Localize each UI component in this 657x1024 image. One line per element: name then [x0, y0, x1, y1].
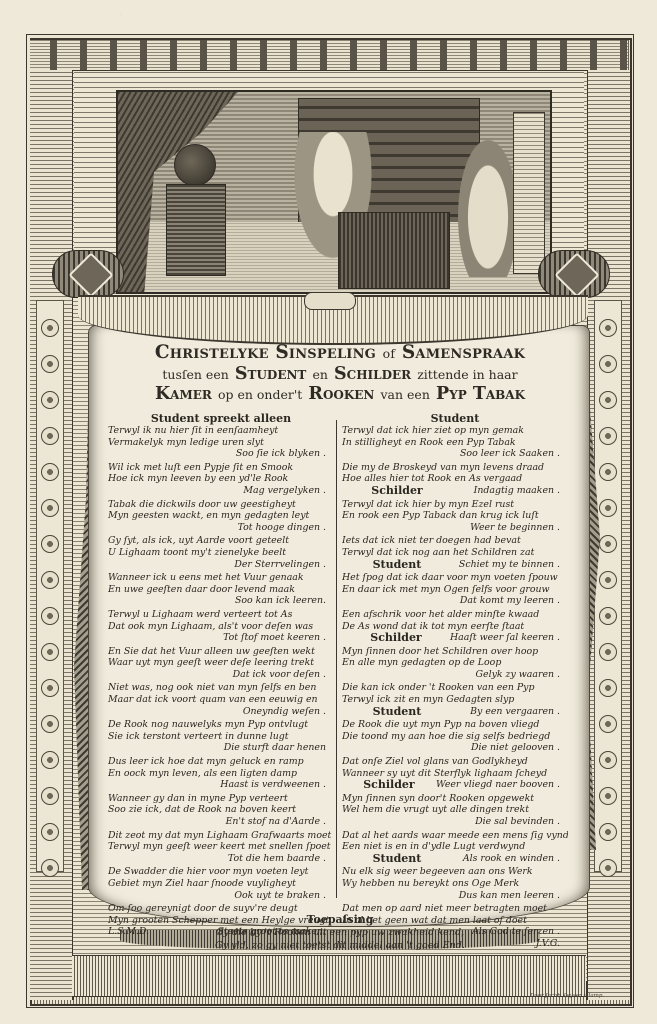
speaker-heading: Student — [342, 412, 568, 425]
verse: Tabak die dickwils door uw geestigheytMy… — [108, 499, 334, 534]
verse: Myn ſinnen syn door't Rooken opgewektWel… — [342, 793, 568, 828]
verse: Myn ſinnen door het Schildren over hoopE… — [342, 646, 568, 681]
verse: Terwyl ik nu hier ſit in eenſaamheytVerm… — [108, 425, 334, 460]
application-heading: Toepaſsing — [180, 913, 500, 926]
title-word: tusſen een — [162, 367, 228, 382]
rosette-icon — [41, 463, 59, 481]
verse: Terwyl dat ick hier by myn Ezel rustEn r… — [342, 499, 568, 534]
rosette-icon — [599, 607, 617, 625]
speaker-heading: Student — [342, 559, 452, 571]
left-pilaster — [36, 300, 64, 872]
engraver-credit: Door Jacob Keyser inlamp. — [530, 993, 604, 999]
verse: Gy ſyt, als ick, uyt Aarde voort geteelt… — [108, 535, 334, 570]
rosette-icon — [41, 499, 59, 517]
rosette-icon — [599, 859, 617, 877]
rosette-icon — [599, 751, 617, 769]
verse: Dit zeot my dat myn Lighaam Grafwaarts m… — [108, 830, 334, 865]
verse: Die my de Broskeyd van myn levens draadH… — [342, 462, 568, 497]
verse: De Rook die uyt myn Pyp na boven vliegdD… — [342, 719, 568, 754]
rosette-icon — [41, 319, 59, 337]
rosette-icon — [599, 823, 617, 841]
title-word: Sinspeling — [275, 342, 376, 363]
verse: Wanneer ick u eens met het Vuur genaakEn… — [108, 572, 334, 607]
verse: Niet was, nog ook niet van myn ſelfs en … — [108, 682, 334, 717]
speaker-heading: Student — [342, 706, 452, 718]
rosette-icon — [41, 607, 59, 625]
rosette-icon — [41, 715, 59, 733]
title-word: op en onder't — [218, 387, 302, 402]
speaker-heading: Schilder — [342, 485, 452, 497]
verse: Terwyl u Lighaam werd vertеert tot AsDat… — [108, 609, 334, 644]
verse: De Rook nog nauwelyks myn Pyp ontvlugtSi… — [108, 719, 334, 754]
rosette-icon — [599, 319, 617, 337]
rosette-icon — [41, 679, 59, 697]
title-line-1: Christelyke Sinspeling of Samenspraak — [100, 344, 580, 363]
speaker-heading: Student — [342, 853, 452, 865]
engraved-scene — [116, 90, 552, 294]
rosette-icon — [599, 571, 617, 589]
draped-table — [338, 212, 450, 289]
title-word: Samenspraak — [402, 342, 525, 363]
globe-icon — [174, 144, 216, 186]
title-word: en — [312, 367, 327, 382]
title-word: Pyp Tabak — [436, 384, 525, 404]
verse: Die kan ick onder 't Rooken van een PypT… — [342, 682, 568, 717]
verse: Terwyl dat ick hier ziet op myn gemakIn … — [342, 425, 568, 460]
rosette-icon — [599, 535, 617, 553]
rosette-icon — [599, 463, 617, 481]
speaker-heading: Student spreekt alleen — [108, 412, 334, 425]
verse: Een afschrik voor het alder minſte kwaad… — [342, 609, 568, 644]
easel — [513, 112, 545, 274]
rosette-icon — [599, 391, 617, 409]
title-word: Student — [235, 364, 306, 384]
verse: Iets dat ick niet ter doegen had bevatTe… — [342, 535, 568, 570]
rosette-icon — [599, 499, 617, 517]
cross-mark-icon — [68, 252, 113, 297]
author-initials: L.S.M.D. — [108, 926, 149, 938]
title-word: Rooken — [308, 384, 374, 404]
rosette-icon — [41, 751, 59, 769]
rosette-icon — [41, 535, 59, 553]
title-word: van een — [381, 387, 430, 402]
rosette-icon — [599, 427, 617, 445]
pedestal — [166, 184, 226, 276]
frame-top-arches — [30, 40, 628, 72]
left-column: Student spreekt alleen Terwyl ik nu hier… — [108, 412, 334, 940]
title-word: zittende in haar — [417, 367, 517, 382]
title-word: Kamer — [155, 384, 212, 404]
title-word: Christelyke — [155, 342, 269, 363]
rosette-icon — [599, 643, 617, 661]
title-line-2: tusſen een Student en Schilder zittende … — [100, 366, 580, 384]
tobacco-roll-right — [538, 250, 610, 298]
rosette-icon — [41, 391, 59, 409]
verse: Dat onſe Ziel vol glans van GodlykheydWa… — [342, 756, 568, 791]
title-word: Schilder — [334, 364, 411, 384]
verse: Dat al het aards waar meede een mens ſig… — [342, 830, 568, 865]
verse: Dus leer ick hoe dat myn geluck en rampE… — [108, 756, 334, 791]
cross-mark-icon — [554, 252, 599, 297]
rosette-icon — [41, 571, 59, 589]
speaker-heading: Schilder — [342, 779, 436, 791]
swag-knot — [304, 292, 356, 310]
rosette-icon — [41, 643, 59, 661]
rosette-icon — [599, 355, 617, 373]
page-title: Christelyke Sinspeling of Samenspraak tu… — [100, 344, 580, 404]
rosette-icon — [41, 355, 59, 373]
speaker-heading: Schilder — [342, 632, 450, 644]
rosette-icon — [599, 787, 617, 805]
right-column: Student Terwyl dat ick hier ziet op myn … — [336, 412, 568, 952]
dialogue-columns: Student spreekt alleen Terwyl ik nu hier… — [108, 412, 576, 900]
title-word: of — [383, 346, 396, 361]
rosette-icon — [41, 823, 59, 841]
rosette-icon — [41, 787, 59, 805]
application-section: Toepaſsing Gy die by 't Rooken uit een p… — [180, 913, 500, 952]
verse: De Swadder die hier voor myn voeten leyt… — [108, 866, 334, 901]
application-line: Gy die by 't Rooken uit een pyp uw zwakh… — [180, 926, 500, 939]
verse: Het ſpog dat ick daar voor myn voeten ſp… — [342, 572, 568, 607]
verse: En Sie dat het Vuur alleen uw geeſten we… — [108, 646, 334, 681]
rosette-icon — [41, 427, 59, 445]
verse: Wanneer gy dan in myne Pyp vertеertSoo z… — [108, 793, 334, 828]
base-step — [72, 955, 586, 997]
rosette-icon — [599, 679, 617, 697]
verse: Nu elk sig weer begeeven aan ons WerkWy … — [342, 866, 568, 901]
rosette-icon — [599, 715, 617, 733]
right-pilaster — [594, 300, 622, 872]
paper-speck: · — [120, 12, 122, 18]
application-line: Gy yld, zo gy niet toetst dit middel aan… — [180, 939, 500, 952]
title-line-3: Kamer op en onder't Rooken van een Pyp T… — [100, 386, 580, 404]
rosette-icon — [41, 859, 59, 877]
print-sheet: · — [0, 0, 657, 1024]
verse: Wil ick met luſt een Pypje ſit en SmookH… — [108, 462, 334, 497]
tobacco-roll-left — [52, 250, 124, 298]
